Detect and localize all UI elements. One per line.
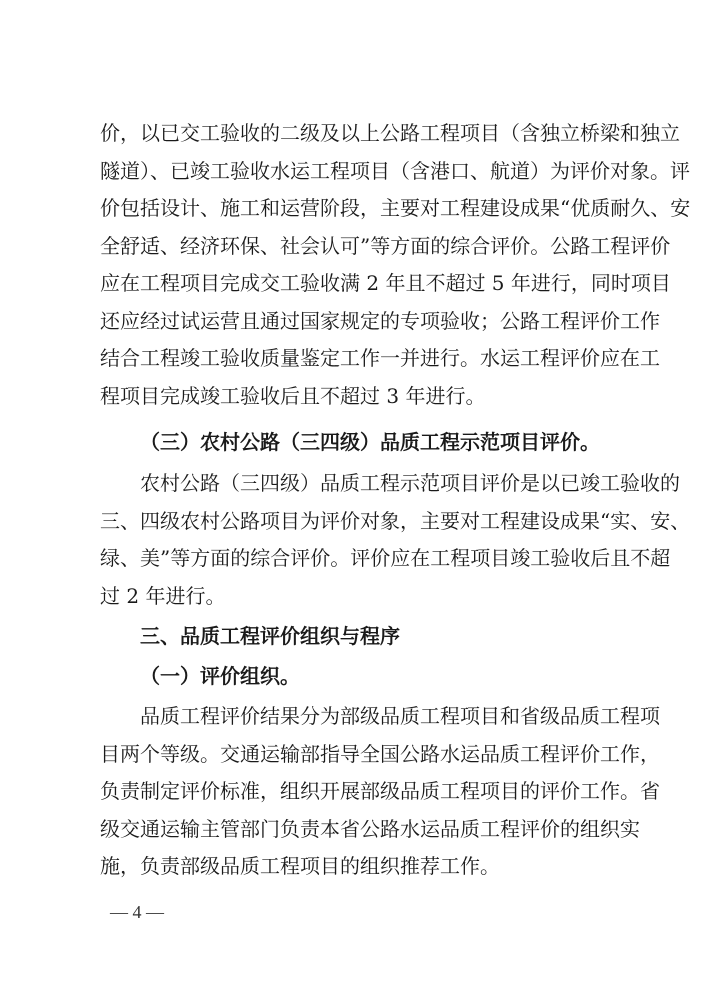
body-line: 施，负责部级品质工程项目的组织推荐工作。	[100, 851, 620, 881]
body-line: 价包括设计、施工和运营阶段，主要对工程建设成果“优质耐久、安	[100, 193, 620, 223]
section-heading: 三、品质工程评价组织与程序	[140, 621, 620, 651]
page-number: — 4 —	[110, 898, 164, 926]
body-line: 负责制定评价标准，组织开展部级品质工程项目的评价工作。省	[100, 776, 620, 806]
body-line: 级交通运输主管部门负责本省公路水运品质工程评价的组织实	[100, 814, 620, 844]
body-line: 品质工程评价结果分为部级品质工程项目和省级品质工程项	[140, 701, 620, 731]
subheading-evaluation-organization: （一）评价组织。	[140, 661, 620, 691]
body-line: 隧道）、已竣工验收水运工程项目（含港口、航道）为评价对象。评	[100, 156, 620, 186]
body-line: 应在工程项目完成交工验收满 2 年且不超过 5 年进行，同时项目	[100, 268, 620, 298]
body-line: 目两个等级。交通运输部指导全国公路水运品质工程评价工作，	[100, 739, 620, 769]
body-line: 价，以已交工验收的二级及以上公路工程项目（含独立桥梁和独立	[100, 118, 620, 148]
body-line: 农村公路（三四级）品质工程示范项目评价是以已竣工验收的	[140, 468, 620, 498]
document-page: 价，以已交工验收的二级及以上公路工程项目（含独立桥梁和独立 隧道）、已竣工验收水…	[0, 0, 718, 1008]
body-line: 全舒适、经济环保、社会认可”等方面的综合评价。公路工程评价	[100, 231, 620, 261]
body-line: 三、四级农村公路项目为评价对象，主要对工程建设成果“实、安、	[100, 506, 620, 536]
body-line: 绿、美”等方面的综合评价。评价应在工程项目竣工验收后且不超	[100, 543, 620, 573]
body-line: 程项目完成竣工验收后且不超过 3 年进行。	[100, 381, 620, 411]
body-line: 结合工程竣工验收质量鉴定工作一并进行。水运工程评价应在工	[100, 343, 620, 373]
subheading-rural-roads: （三）农村公路（三四级）品质工程示范项目评价。	[140, 427, 620, 457]
body-line: 过 2 年进行。	[100, 581, 620, 611]
body-line: 还应经过试运营且通过国家规定的专项验收；公路工程评价工作	[100, 306, 620, 336]
